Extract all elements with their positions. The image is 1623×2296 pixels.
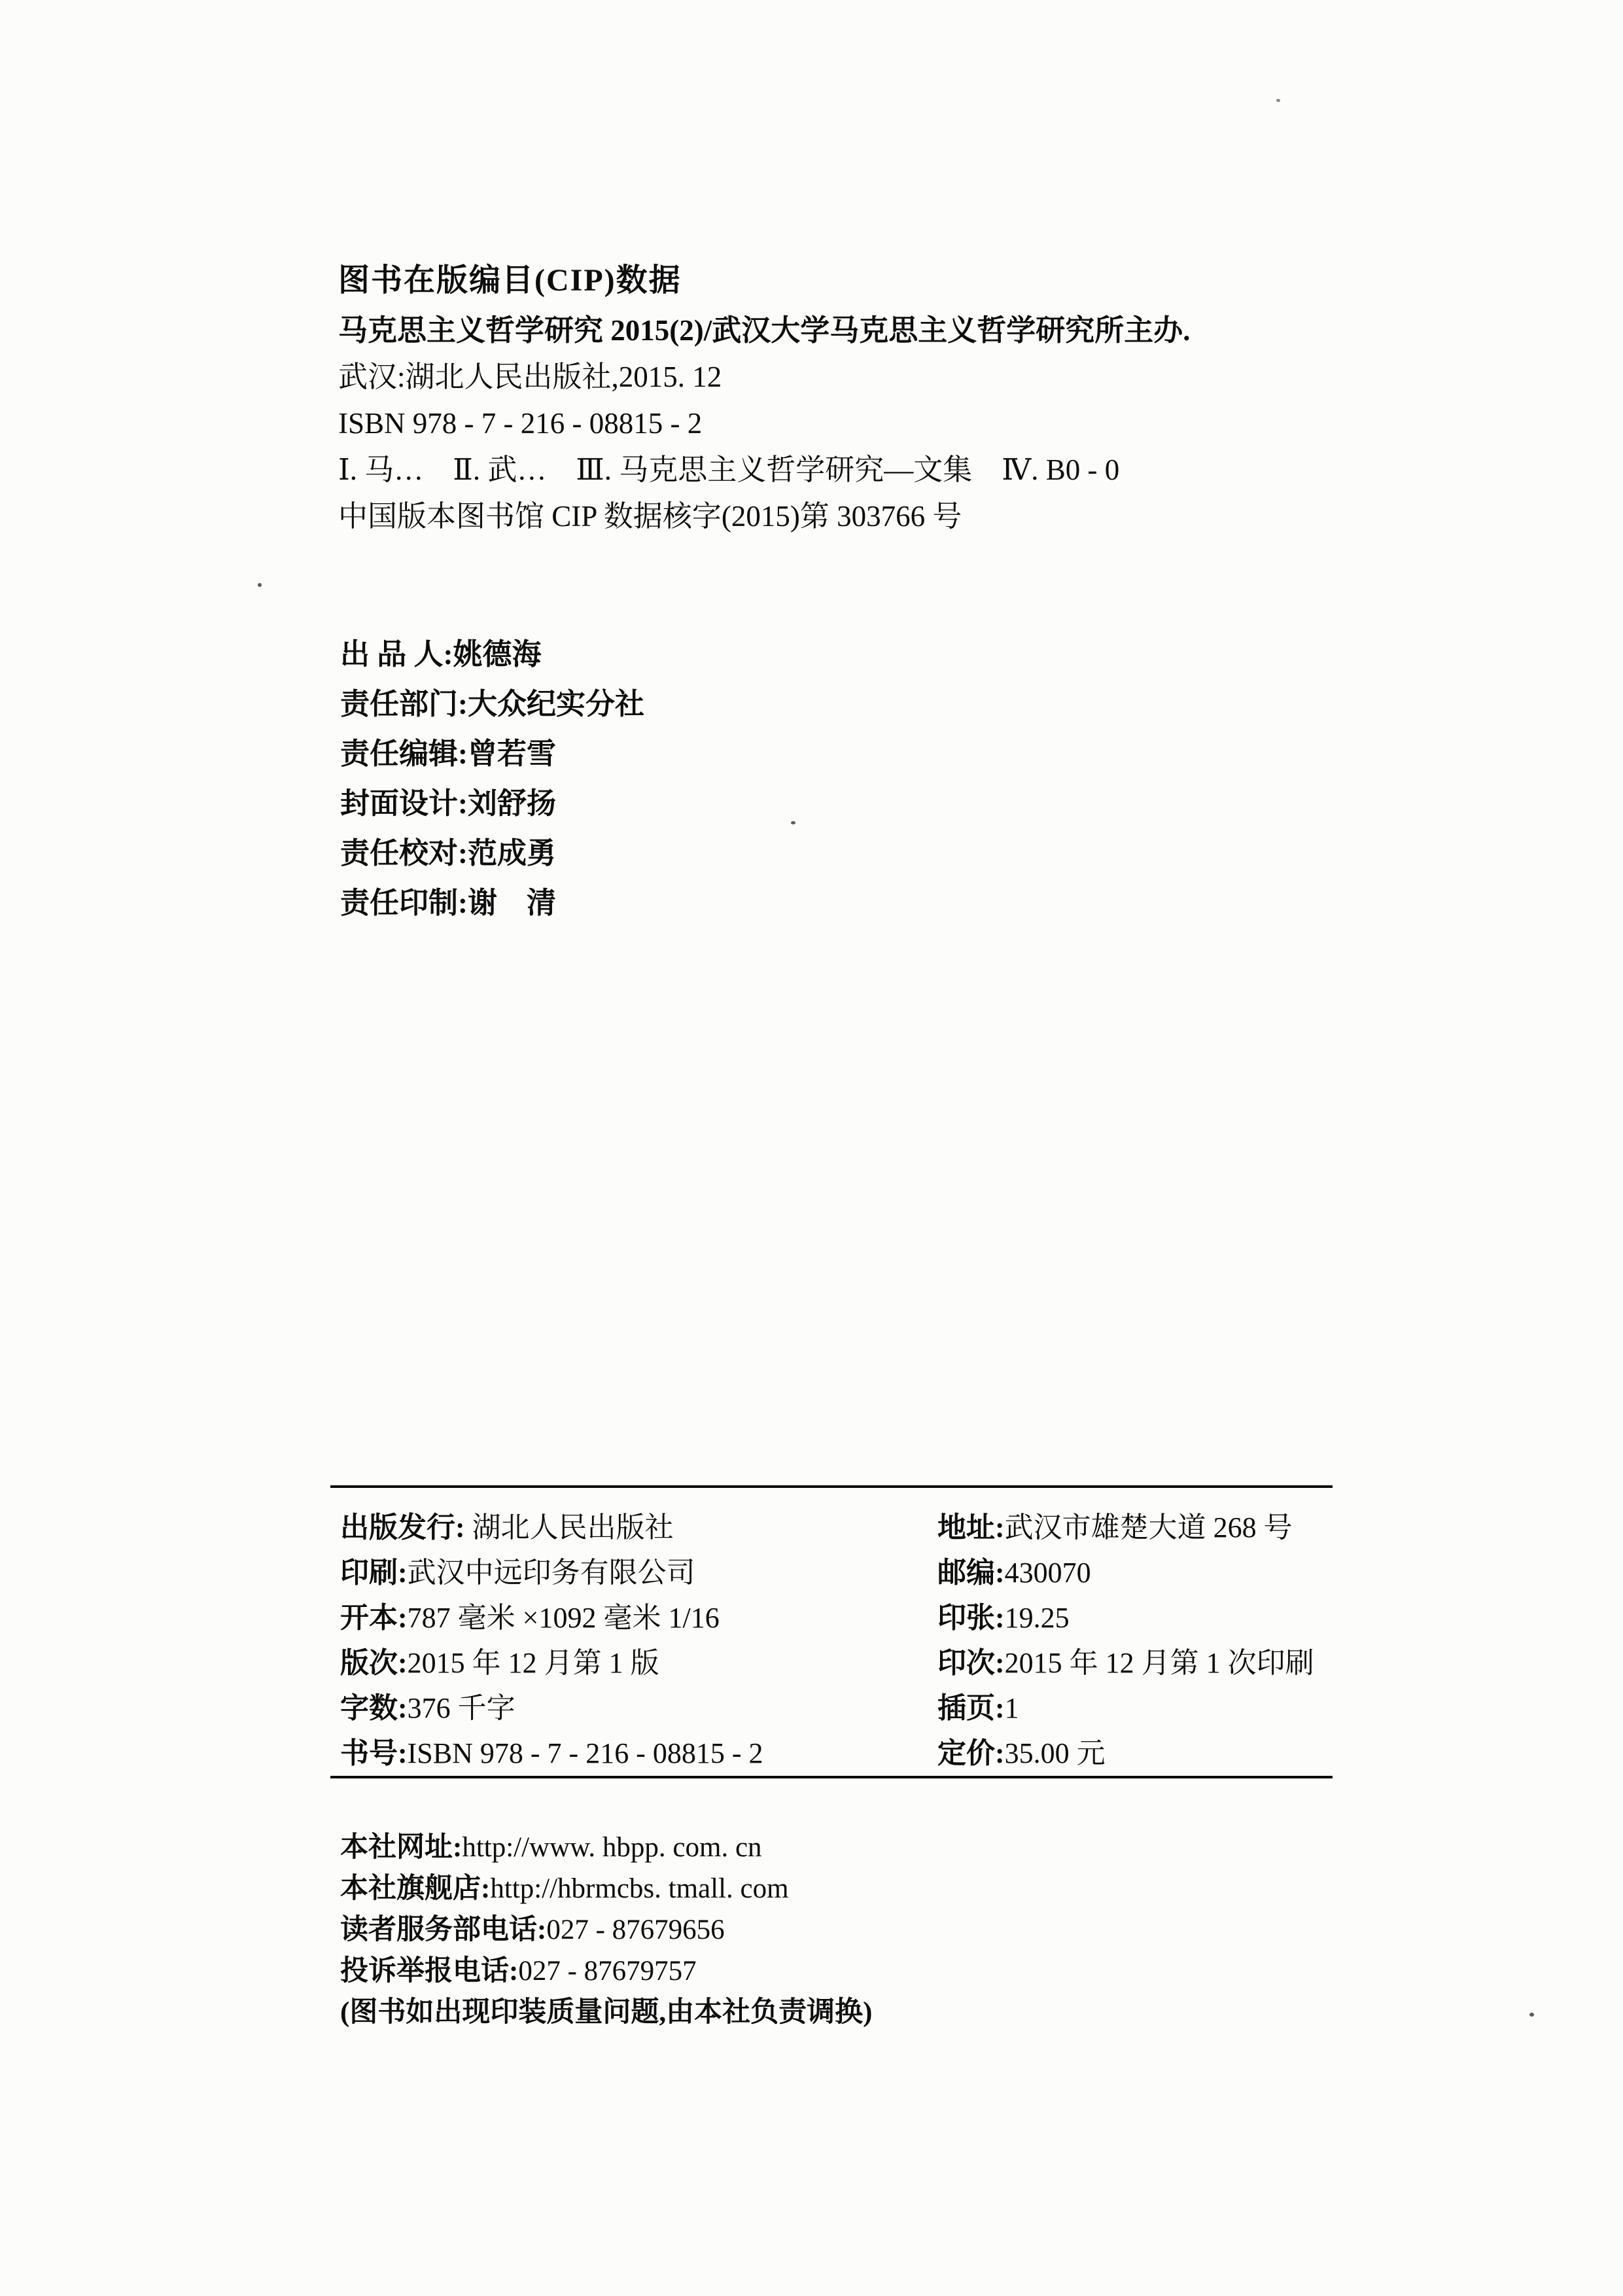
publication-info-table: 出版发行: 湖北人民出版社 印刷:武汉中远印务有限公司 开本:787 毫米 ×1… (330, 1485, 1333, 1778)
info-label: 开本: (340, 1602, 408, 1634)
info-value: 2015 年 12 月第 1 次印刷 (1005, 1647, 1314, 1679)
staff-label: 出 品 人: (340, 638, 453, 671)
info-row-edition: 版次:2015 年 12 月第 1 版 (340, 1640, 763, 1686)
info-row-insert-pages: 插页:1 (937, 1686, 1314, 1731)
staff-value: 刘舒扬 (468, 787, 556, 820)
publication-info-left-column: 出版发行: 湖北人民出版社 印刷:武汉中远印务有限公司 开本:787 毫米 ×1… (340, 1505, 763, 1776)
book-copyright-page: 图书在版编目(CIP)数据 马克思主义哲学研究 2015(2)/武汉大学马克思主… (0, 0, 1623, 2296)
staff-value: 曾若雪 (468, 737, 556, 770)
contact-row-complaint-phone: 投诉举报电话:027 - 87679757 (340, 1951, 872, 1992)
staff-value: 大众纪实分社 (468, 688, 644, 720)
cip-classification-line: Ⅰ. 马… Ⅱ. 武… Ⅲ. 马克思主义哲学研究—文集 Ⅳ. B0 - 0 (338, 447, 1190, 493)
staff-row-producer: 出 品 人:姚德海 (340, 629, 644, 679)
scan-speck (1276, 99, 1280, 102)
info-label: 印刷: (340, 1557, 408, 1589)
cip-title-line: 马克思主义哲学研究 2015(2)/武汉大学马克思主义哲学研究所主办. (338, 308, 1190, 354)
info-label: 印张: (937, 1602, 1005, 1634)
info-label: 印次: (937, 1647, 1005, 1679)
info-value: 430070 (1005, 1557, 1091, 1589)
cip-publisher-line: 武汉:湖北人民出版社,2015. 12 (338, 354, 1190, 400)
scan-speck (258, 583, 262, 587)
info-row-printer: 印刷:武汉中远印务有限公司 (340, 1550, 763, 1595)
contact-label: 读者服务部电话: (340, 1915, 546, 1945)
staff-row-print-supervisor: 责任印制:谢 清 (340, 878, 644, 928)
info-row-book-number: 书号:ISBN 978 - 7 - 216 - 08815 - 2 (340, 1731, 763, 1776)
contact-info: 本社网址:http://www. hbpp. com. cn 本社旗舰店:htt… (340, 1827, 872, 2033)
info-value: 湖北人民出版社 (465, 1511, 674, 1544)
info-value: 376 千字 (408, 1692, 515, 1724)
staff-value: 谢 清 (468, 887, 556, 919)
info-row-price: 定价:35.00 元 (937, 1731, 1314, 1776)
info-value: 35.00 元 (1005, 1737, 1106, 1769)
info-row-postcode: 邮编:430070 (937, 1550, 1314, 1595)
contact-value-url: http://hbrmcbs. tmall. com (490, 1873, 788, 1904)
staff-value: 范成勇 (468, 837, 556, 870)
publication-info-right-column: 地址:武汉市雄楚大道 268 号 邮编:430070 印张:19.25 印次:2… (937, 1505, 1314, 1776)
contact-row-reader-service-phone: 读者服务部电话:027 - 87679656 (340, 1909, 872, 1951)
scan-speck (791, 821, 795, 824)
staff-label: 封面设计: (340, 787, 468, 820)
info-label: 邮编: (937, 1557, 1005, 1589)
contact-row-flagship-store: 本社旗舰店:http://hbrmcbs. tmall. com (340, 1868, 872, 1909)
staff-row-cover-designer: 封面设计:刘舒扬 (340, 779, 644, 828)
info-value: 19.25 (1005, 1602, 1070, 1634)
info-row-word-count: 字数:376 千字 (340, 1686, 763, 1731)
info-value: ISBN 978 - 7 - 216 - 08815 - 2 (408, 1737, 763, 1769)
contact-value-url: http://www. hbpp. com. cn (462, 1832, 761, 1863)
staff-label: 责任编辑: (340, 737, 468, 770)
cip-heading: 图书在版编目(CIP)数据 (338, 254, 1190, 308)
info-label: 地址: (937, 1511, 1005, 1544)
info-label: 插页: (937, 1692, 1005, 1724)
info-row-format: 开本:787 毫米 ×1092 毫米 1/16 (340, 1595, 763, 1640)
info-value: 武汉中远印务有限公司 (408, 1557, 695, 1589)
cip-isbn-line: ISBN 978 - 7 - 216 - 08815 - 2 (338, 400, 1190, 447)
staff-label: 责任印制: (340, 887, 468, 919)
staff-row-department: 责任部门:大众纪实分社 (340, 679, 644, 729)
info-value: 787 毫米 ×1092 毫米 1/16 (408, 1602, 720, 1634)
info-row-address: 地址:武汉市雄楚大道 268 号 (937, 1505, 1314, 1550)
staff-credits: 出 品 人:姚德海 责任部门:大众纪实分社 责任编辑:曾若雪 封面设计:刘舒扬 … (340, 629, 644, 928)
contact-label: 投诉举报电话: (340, 1956, 518, 1987)
staff-label: 责任校对: (340, 837, 468, 870)
contact-row-website: 本社网址:http://www. hbpp. com. cn (340, 1827, 872, 1868)
staff-row-editor: 责任编辑:曾若雪 (340, 729, 644, 779)
info-label: 书号: (340, 1737, 408, 1769)
info-row-sheets: 印张:19.25 (937, 1595, 1314, 1640)
contact-value-phone: 027 - 87679757 (518, 1956, 696, 1987)
scan-speck (1529, 2013, 1534, 2017)
contact-label: 本社旗舰店: (340, 1873, 490, 1904)
staff-value: 姚德海 (453, 638, 542, 671)
info-row-impression: 印次:2015 年 12 月第 1 次印刷 (937, 1640, 1314, 1686)
info-row-publisher: 出版发行: 湖北人民出版社 (340, 1505, 763, 1550)
cip-record-number-line: 中国版本图书馆 CIP 数据核字(2015)第 303766 号 (338, 493, 1190, 540)
info-value: 1 (1005, 1692, 1019, 1724)
quality-exchange-note: (图书如出现印装质量问题,由本社负责调换) (340, 1992, 872, 2033)
staff-label: 责任部门: (340, 688, 468, 720)
contact-label: 本社网址: (340, 1832, 462, 1863)
info-label: 出版发行: (340, 1511, 465, 1544)
info-label: 版次: (340, 1647, 408, 1679)
cip-data-block: 图书在版编目(CIP)数据 马克思主义哲学研究 2015(2)/武汉大学马克思主… (338, 254, 1190, 540)
staff-row-proofreader: 责任校对:范成勇 (340, 828, 644, 878)
info-label: 字数: (340, 1692, 408, 1724)
contact-value-phone: 027 - 87679656 (546, 1915, 724, 1945)
info-value: 2015 年 12 月第 1 版 (408, 1647, 659, 1679)
info-label: 定价: (937, 1737, 1005, 1769)
info-value: 武汉市雄楚大道 268 号 (1005, 1511, 1293, 1544)
